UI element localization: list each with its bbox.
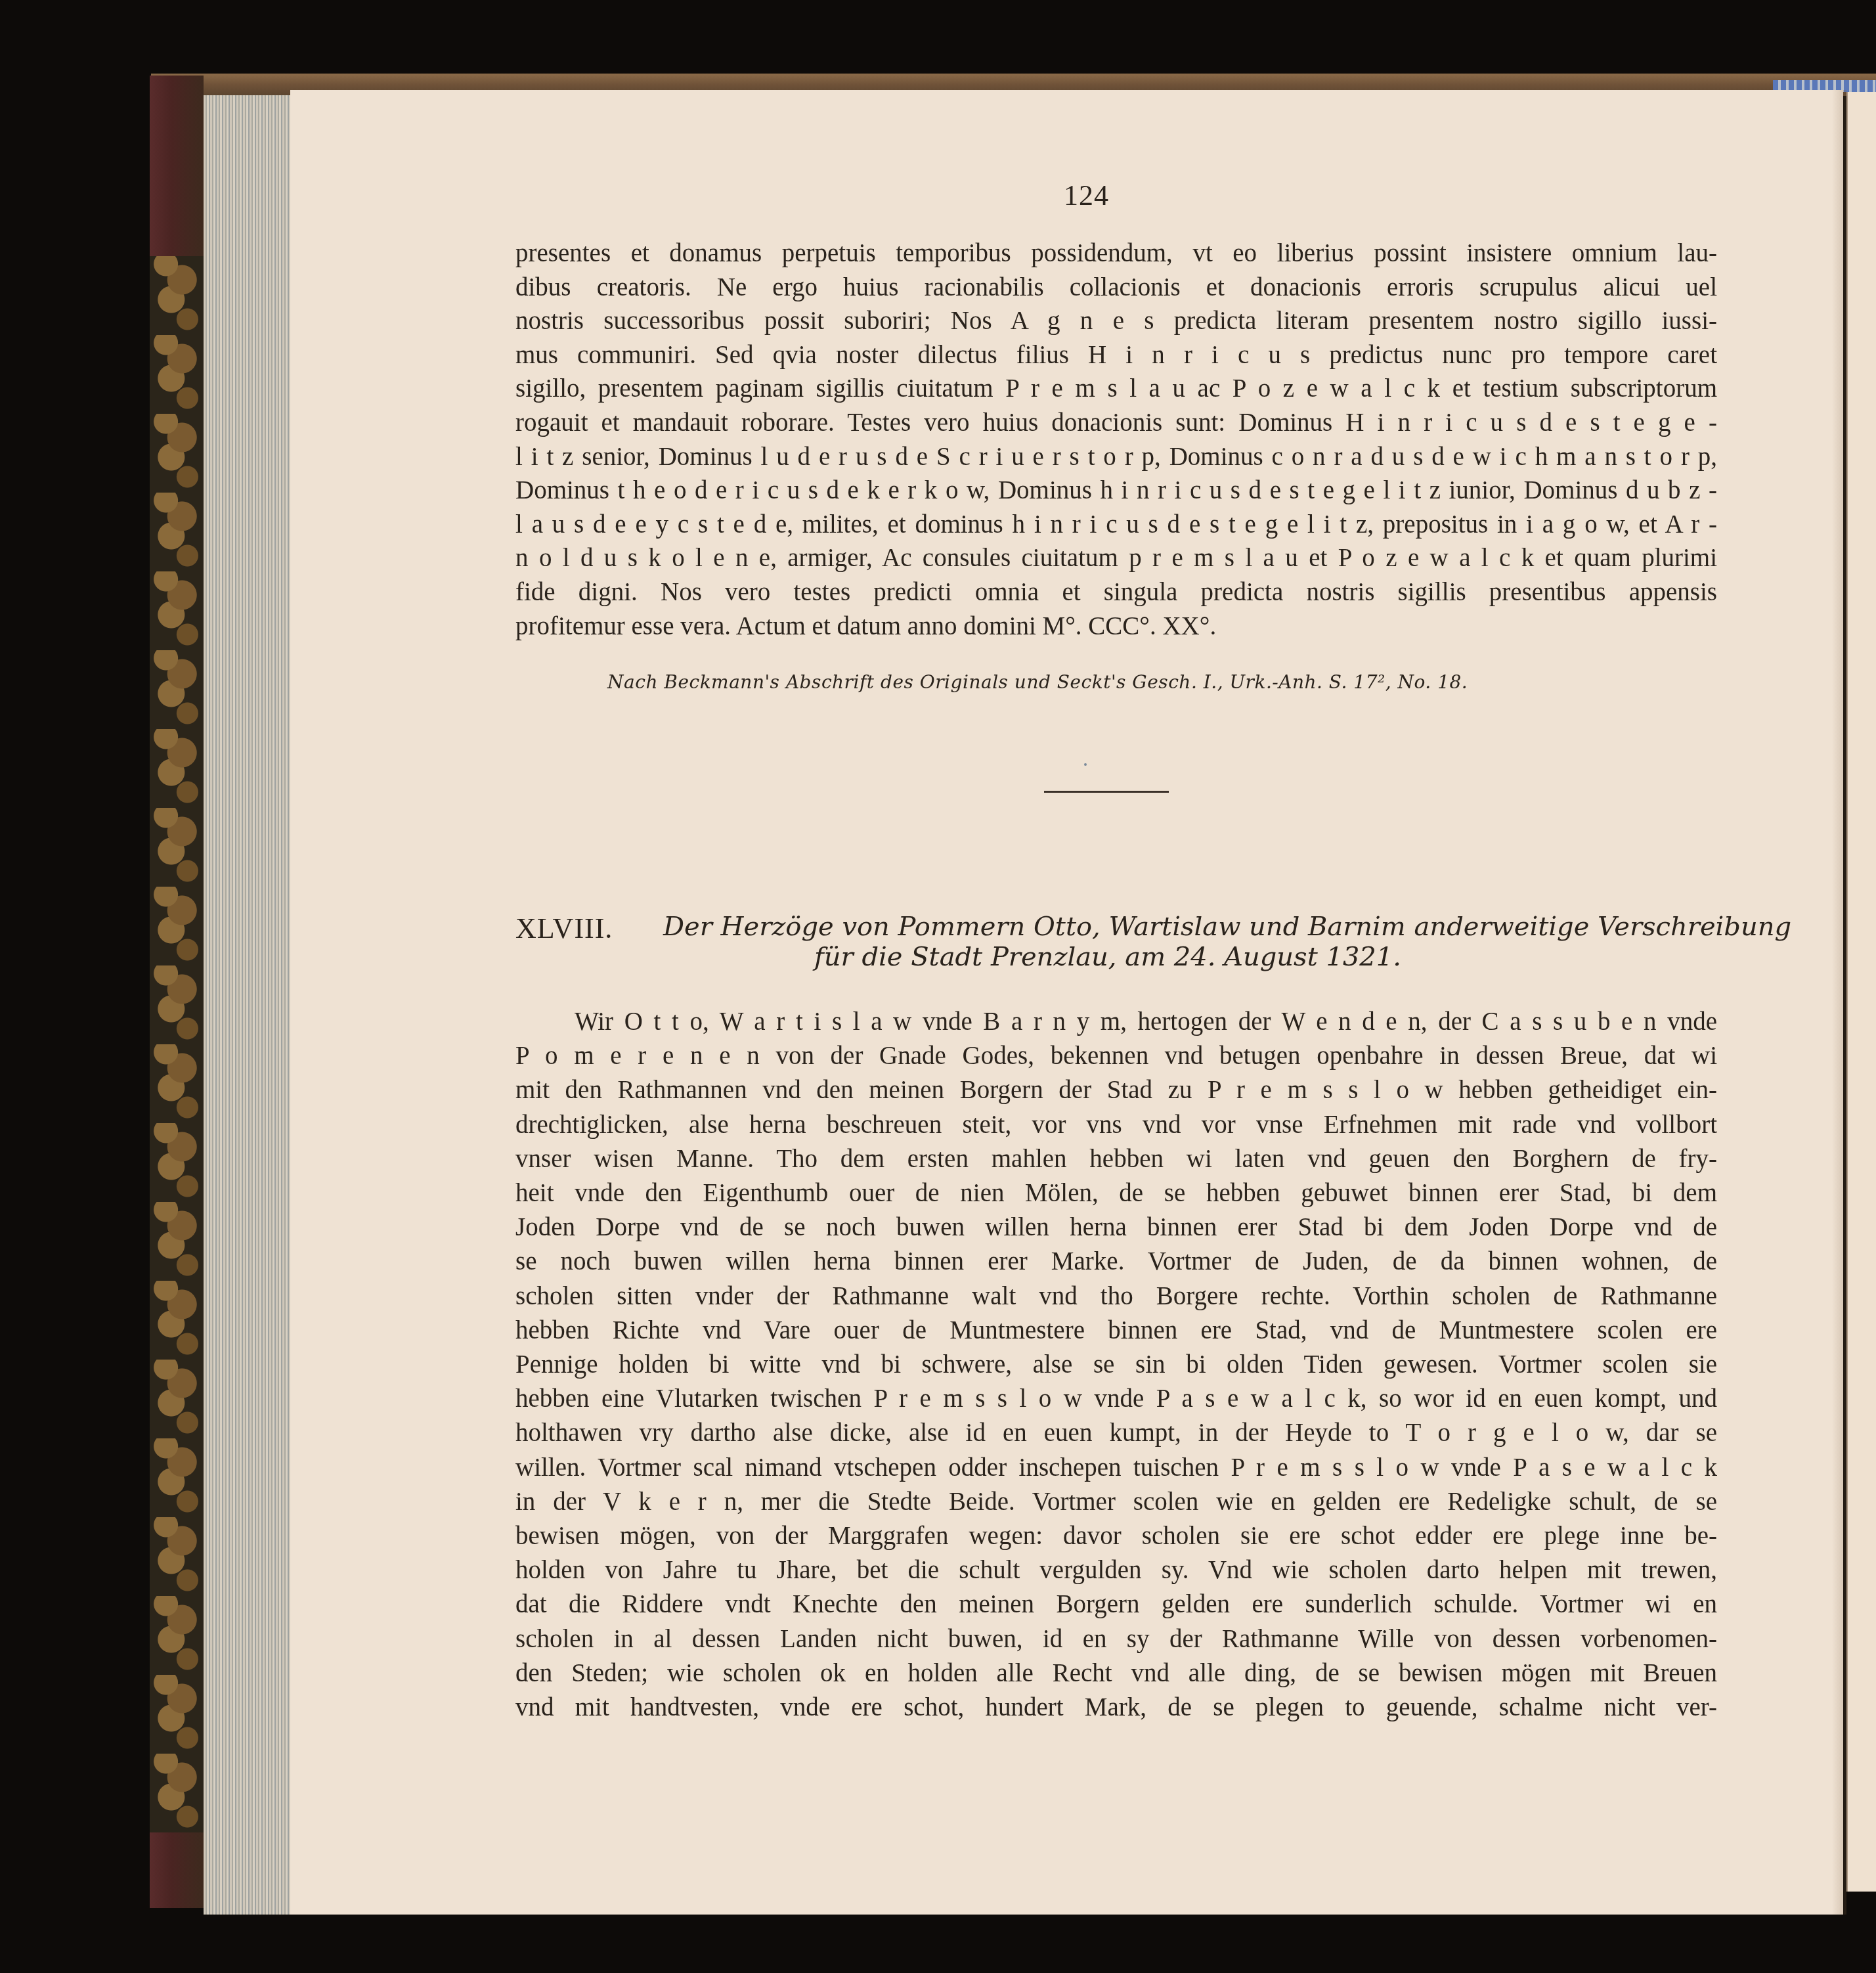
marbled-cover-paper: [150, 256, 204, 1832]
text-line: presentes et donamus perpetuis temporibu…: [515, 236, 1717, 271]
text-line: mit den Rathmannen vnd den meinen Borger…: [515, 1073, 1717, 1107]
facing-page-edge: [1846, 92, 1876, 1892]
section-title-line2: für die Stadt Prenzlau, am 24. August 13…: [814, 942, 1401, 972]
text-line: Joden Dorpe vnd de se noch buwen willen …: [515, 1210, 1717, 1245]
page-number: 124: [1064, 179, 1109, 212]
text-line: holden von Jahre tu Jhare, bet die schul…: [515, 1553, 1717, 1587]
text-line: l i t z senior, Dominus l u d e r u s d …: [515, 440, 1717, 474]
text-line: drechtiglicken, alse herna beschreuen st…: [515, 1108, 1717, 1142]
text-line: in der V k e r n, mer die Stedte Beide. …: [515, 1485, 1717, 1519]
text-line: nostris successoribus possit suboriri; N…: [515, 304, 1717, 338]
page-edges-stack: [204, 95, 290, 1915]
text-line: n o l d u s k o l e n e, armiger, Ac con…: [515, 541, 1717, 575]
text-line: bewisen mögen, von der Marggrafen wegen:…: [515, 1519, 1717, 1553]
text-line: P o m e r e n e n von der Gnade Godes, b…: [515, 1039, 1717, 1073]
text-line: willen. Vortmer scal nimand vtschepen od…: [515, 1451, 1717, 1485]
gutter-shadow: [1832, 90, 1846, 1915]
text-line: rogauit et mandauit roborare. Testes ver…: [515, 406, 1717, 440]
text-line: Pennige holden bi witte vnd bi schwere, …: [515, 1348, 1717, 1382]
charter-new-text: Wir O t t o, W a r t i s l a w vnde B a …: [515, 1005, 1717, 1725]
text-line: l a u s d e e y c s t e d e, milites, et…: [515, 508, 1717, 542]
text-line: heit vnde den Eigenthumb ouer de nien Mö…: [515, 1176, 1717, 1210]
text-line: se noch buwen willen herna binnen erer M…: [515, 1245, 1717, 1279]
text-line: fide digni. Nos vero testes predicti omn…: [515, 575, 1717, 610]
text-line: hebben eine Vlutarken twischen P r e m s…: [515, 1382, 1717, 1416]
charter-continued-text: presentes et donamus perpetuis temporibu…: [515, 236, 1717, 643]
text-line: den Steden; wie scholen ok en holden all…: [515, 1656, 1717, 1691]
text-line: scholen sitten vnder der Rathmanne walt …: [515, 1279, 1717, 1314]
text-line: Wir O t t o, W a r t i s l a w vnde B a …: [515, 1005, 1717, 1039]
text-line: vnser wisen Manne. Tho dem ersten mahlen…: [515, 1142, 1717, 1176]
text-line: profitemur esse vera. Actum et datum ann…: [515, 610, 1717, 644]
text-line: scholen in al dessen Landen nicht buwen,…: [515, 1622, 1717, 1656]
ink-speck: [1084, 763, 1087, 766]
source-citation: Nach Beckmann's Abschrift des Originals …: [607, 671, 1468, 693]
section-title-line1: Der Herzöge von Pommern Otto, Wartislaw …: [663, 912, 1714, 942]
text-line: dibus creatoris. Ne ergo huius racionabi…: [515, 271, 1717, 305]
text-line: sigillo, presentem paginam sigillis ciui…: [515, 372, 1717, 406]
text-line: hebben Richte vnd Vare ouer de Muntmeste…: [515, 1314, 1717, 1348]
section-number: XLVIII.: [515, 912, 613, 945]
section-divider-rule: [1044, 791, 1169, 793]
text-line: holthawen vry dartho alse dicke, alse id…: [515, 1416, 1717, 1450]
text-line: Dominus t h e o d e r i c u s d e k e r …: [515, 474, 1717, 508]
text-line: vnd mit handtvesten, vnde ere schot, hun…: [515, 1691, 1717, 1725]
text-line: dat die Riddere vndt Knechte den meinen …: [515, 1587, 1717, 1622]
text-line: mus communiri. Sed qvia noster dilectus …: [515, 338, 1717, 372]
